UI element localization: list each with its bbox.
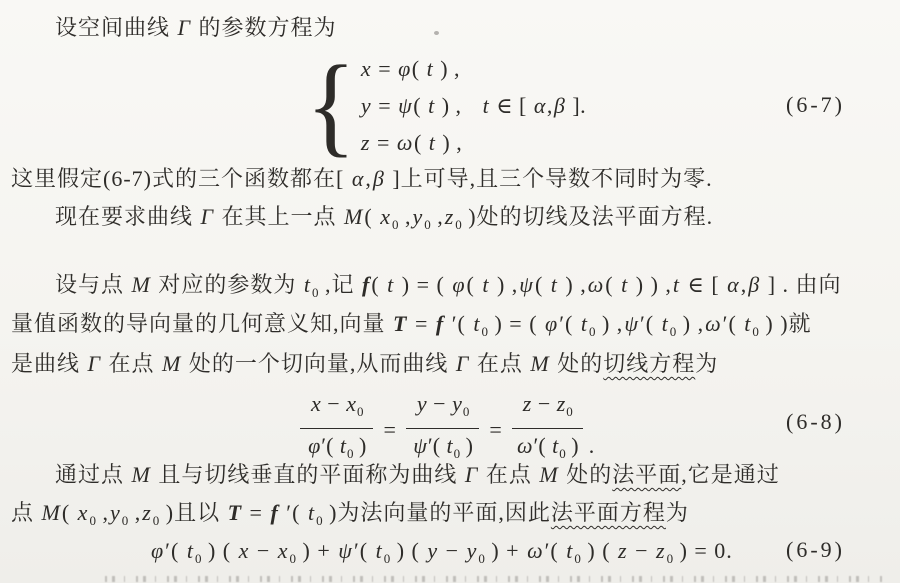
text-segment: ′( — [354, 538, 375, 563]
text-segment: ′( — [428, 433, 446, 458]
text-segment: α — [351, 166, 366, 191]
text-segment: x — [310, 391, 322, 416]
text-segment: 设空间曲线 — [55, 15, 177, 40]
normal-plane-equation-6-9: φ′( t0 ) ( x − x0 ) + ψ′( t0 ) ( y − y0 … — [150, 536, 733, 574]
text-segment: ) , — [676, 311, 704, 336]
textbook-page: 设空间曲线 Γ 的参数方程为 { x = φ( t ) , y = ψ( t )… — [0, 0, 900, 583]
text-segment: f — [269, 500, 279, 525]
text-segment: , — [431, 204, 444, 229]
text-segment: , — [365, 166, 372, 191]
text-segment: ) + — [296, 538, 337, 563]
text-segment: y — [426, 538, 439, 563]
numerator: x − x0 — [300, 391, 373, 429]
text-segment: − — [322, 391, 345, 416]
text-segment: ′( — [534, 433, 552, 458]
text-segment: − — [532, 391, 555, 416]
text-segment: 对应的参数为 — [152, 272, 303, 297]
text-segment: ] . 由向 — [761, 272, 841, 297]
text-segment: ( — [364, 204, 379, 229]
text-segment: Γ — [87, 351, 103, 376]
text-segment: , — [96, 500, 109, 525]
text-segment: β — [747, 272, 761, 297]
text-segment: t — [375, 538, 384, 563]
text-segment: φ — [397, 56, 412, 81]
system-row-x: x = φ( t ) , — [360, 50, 586, 87]
derivation-line-2: 量值函数的导向量的几何意义知,向量 T = f ′( t0 ) = ( φ′( … — [11, 309, 812, 347]
text-segment: t — [482, 93, 491, 118]
text-segment: ) , — [490, 272, 518, 297]
parameter-domain: t ∈ [ α,β ]. — [482, 93, 587, 118]
text-segment: , — [547, 93, 553, 118]
text-segment: t — [307, 500, 316, 525]
text-segment: M — [343, 204, 364, 229]
text-segment: t — [426, 56, 435, 81]
text-segment: ∈ [ — [490, 93, 533, 118]
equation-system-6-7: { x = φ( t ) , y = ψ( t ) , t ∈ [ α,β ].… — [306, 50, 586, 161]
text-segment: t — [661, 311, 670, 336]
text-segment: 通过点 — [55, 462, 131, 487]
text-segment: 处的一个切向量,从而曲线 — [182, 351, 455, 376]
text-segment: t — [446, 433, 454, 458]
text-segment: x — [345, 391, 357, 416]
text-segment: y — [411, 204, 424, 229]
text-segment: ) , — [436, 93, 462, 118]
text-segment: z — [360, 130, 371, 155]
text-segment: 为 — [695, 351, 718, 376]
text-segment: ) ( — [581, 538, 617, 563]
text-segment: ′( — [165, 538, 186, 563]
text-segment: Γ — [177, 15, 193, 40]
text-segment: t — [303, 272, 312, 297]
text-segment: z — [617, 538, 629, 563]
fraction-y: y − y0 ψ′( t0 ) — [406, 391, 479, 468]
text-segment: ′( — [723, 311, 744, 336]
text-segment: M — [161, 351, 182, 376]
text-segment: y — [360, 93, 372, 118]
tangent-line-equation-6-8: x − x0 φ′( t0 ) = y − y0 ψ′( t0 ) = z − … — [295, 391, 594, 468]
normal-plane-line-1: 通过点 M 且与切线垂直的平面称为曲线 Γ 在点 M 处的法平面,它是通过 — [55, 460, 780, 490]
text-segment: z — [141, 500, 153, 525]
text-segment: ψ — [337, 538, 354, 563]
text-segment: 这里假定(6-7)式的三个函数都在[ — [11, 166, 351, 191]
text-segment: ω — [526, 538, 545, 563]
text-segment: ) , — [434, 56, 460, 81]
text-segment: ω — [587, 272, 606, 297]
text-segment: − — [428, 391, 451, 416]
text-segment: ) )就 — [759, 311, 812, 336]
text-segment: )且以 — [159, 500, 226, 525]
text-segment: φ — [150, 538, 165, 563]
text-segment: 设与点 — [55, 272, 131, 297]
text-segment: T — [392, 311, 408, 336]
text-segment: y — [466, 538, 479, 563]
text-segment: ∈ [ — [681, 272, 726, 297]
text-segment: t — [427, 93, 436, 118]
text-segment: ) , — [436, 130, 462, 155]
text-segment: Γ — [200, 204, 216, 229]
text-segment: φ — [544, 311, 559, 336]
equation-number-6-7: (6-7) — [786, 92, 845, 118]
text-segment: = — [243, 500, 269, 525]
text-segment: t — [580, 311, 589, 336]
text-segment: ′( — [559, 311, 580, 336]
text-segment: ( — [467, 272, 482, 297]
problem-statement-line: 现在要求曲线 Γ 在其上一点 M( x0 ,y0 ,z0 )处的切线及法平面方程… — [55, 202, 713, 240]
text-segment: ω — [396, 130, 414, 155]
text-segment: x — [238, 538, 251, 563]
text-segment: 0 — [463, 404, 470, 419]
text-segment: x — [379, 204, 392, 229]
text-segment: ) = ( — [488, 311, 544, 336]
text-segment: z — [522, 391, 533, 416]
equals-sign: = — [383, 417, 395, 443]
text-segment: φ — [307, 433, 321, 458]
text-segment: 0 — [357, 404, 364, 419]
bottom-cutoff-text — [105, 576, 885, 582]
text-segment: ) + — [485, 538, 526, 563]
text-segment: ( — [414, 130, 428, 155]
text-segment: ψ — [397, 93, 413, 118]
text-segment: f — [435, 311, 445, 336]
text-segment: M — [131, 272, 152, 297]
text-segment: )处的切线及法平面方程. — [462, 204, 713, 229]
text-segment: ψ — [623, 311, 640, 336]
text-segment: 且与切线垂直的平面称为曲线 — [152, 462, 464, 487]
text-segment: 法平面方程 — [551, 500, 666, 525]
text-segment: 量值函数的导向量的几何意义知,向量 — [11, 311, 392, 336]
text-segment: ( — [412, 56, 426, 81]
text-segment: M — [131, 462, 152, 487]
text-segment: , — [128, 500, 141, 525]
text-segment: ′( — [445, 311, 472, 336]
row-y-equation: y = ψ( t ) , — [360, 93, 462, 118]
text-segment: − — [629, 538, 655, 563]
text-segment: 在点 — [102, 351, 161, 376]
text-segment: ψ — [518, 272, 535, 297]
text-segment: 在其上一点 — [215, 204, 343, 229]
text-segment: ) ) , — [629, 272, 672, 297]
text-segment: t — [339, 433, 347, 458]
text-segment: t — [565, 538, 574, 563]
text-segment: x — [77, 500, 90, 525]
text-segment: x — [360, 56, 372, 81]
text-segment: ( — [413, 93, 427, 118]
left-brace: { — [306, 51, 356, 159]
text-segment: ) , — [559, 272, 587, 297]
text-segment: M — [538, 462, 559, 487]
system-rows: x = φ( t ) , y = ψ( t ) , t ∈ [ α,β ]. z… — [360, 50, 586, 161]
text-segment: Γ — [464, 462, 480, 487]
text-segment: 0 — [566, 404, 573, 419]
text-segment: x — [277, 538, 290, 563]
text-segment: ) — [460, 433, 473, 458]
text-segment: z — [444, 204, 456, 229]
text-segment: ) = 0. — [673, 538, 733, 563]
text-segment: ) = ( — [395, 272, 451, 297]
text-segment: ]上可导,且三个导数不同时为零. — [386, 166, 713, 191]
system-row-z: z = ω( t ) , — [360, 124, 586, 161]
text-segment: 为 — [666, 500, 689, 525]
text-segment: ′( — [321, 433, 339, 458]
text-segment: 的参数方程为 — [192, 15, 337, 40]
text-segment: M — [529, 351, 550, 376]
text-segment: ′( — [280, 500, 307, 525]
text-segment: t — [672, 272, 681, 297]
text-segment: = — [408, 311, 434, 336]
text-segment: β — [553, 93, 566, 118]
text-segment: ) ( — [390, 538, 426, 563]
text-segment: ′( — [640, 311, 661, 336]
text-segment: 点 — [11, 500, 41, 525]
text-segment: ω — [704, 311, 723, 336]
text-segment: = — [372, 56, 397, 81]
text-segment: ′( — [545, 538, 566, 563]
text-segment: T — [227, 500, 243, 525]
fraction-x: x − x0 φ′( t0 ) — [300, 391, 373, 468]
text-segment: α — [726, 272, 741, 297]
equals-sign: = — [489, 417, 501, 443]
text-segment: − — [250, 538, 276, 563]
text-segment: 是曲线 — [11, 351, 87, 376]
text-segment: ( — [605, 272, 620, 297]
text-segment: = — [371, 130, 396, 155]
text-segment: ,记 — [318, 272, 361, 297]
text-segment: ,它是通过 — [681, 462, 780, 487]
text-segment: Γ — [455, 351, 471, 376]
text-segment: y — [109, 500, 122, 525]
text-segment: )为法向量的平面,因此 — [323, 500, 551, 525]
text-segment: ψ — [412, 433, 428, 458]
text-segment: 处的 — [551, 351, 604, 376]
text-segment: z — [655, 538, 667, 563]
text-segment: , — [398, 204, 411, 229]
scan-speck — [434, 31, 439, 35]
text-segment: ) — [566, 433, 579, 458]
text-segment: y — [451, 391, 463, 416]
text-segment: α — [533, 93, 547, 118]
text-segment: z — [556, 391, 567, 416]
fraction-z: z − z0 ω′( t0 ) — [512, 391, 583, 468]
text-segment: 在点 — [470, 351, 529, 376]
text-segment: 法平面 — [612, 462, 681, 487]
intro-line: 设空间曲线 Γ 的参数方程为 — [55, 13, 337, 43]
derivation-line-3: 是曲线 Γ 在点 M 处的一个切向量,从而曲线 Γ 在点 M 处的切线方程为 — [11, 349, 718, 379]
text-segment: 在点 — [479, 462, 538, 487]
text-segment: t — [386, 272, 395, 297]
text-segment: ]. — [566, 93, 586, 118]
equation-number-6-8: (6-8) — [786, 409, 845, 435]
numerator: z − z0 — [512, 391, 583, 429]
text-segment: t — [186, 538, 195, 563]
text-segment: y — [416, 391, 428, 416]
text-segment: M — [41, 500, 62, 525]
equation-number-6-9: (6-9) — [786, 537, 845, 563]
assumption-line: 这里假定(6-7)式的三个函数都在[ α,β ]上可导,且三个导数不同时为零. — [11, 164, 713, 194]
text-segment: f — [361, 272, 371, 297]
sentence-period: . — [589, 433, 595, 459]
text-segment: ) , — [595, 311, 623, 336]
text-segment: ω — [516, 433, 534, 458]
text-segment: β — [372, 166, 386, 191]
text-segment: t — [620, 272, 629, 297]
derivation-line-1: 设与点 M 对应的参数为 t0 ,记 f( t ) = ( φ( t ) ,ψ(… — [55, 270, 842, 308]
text-segment: φ — [451, 272, 466, 297]
text-segment: ) — [354, 433, 367, 458]
text-segment: 切线方程 — [603, 351, 695, 376]
text-segment: 处的 — [560, 462, 613, 487]
text-segment: − — [439, 538, 465, 563]
text-segment: 现在要求曲线 — [55, 204, 200, 229]
text-segment: ) ( — [201, 538, 237, 563]
text-segment: ( — [535, 272, 550, 297]
system-row-y: y = ψ( t ) , t ∈ [ α,β ]. — [360, 87, 586, 124]
text-segment: ( — [62, 500, 77, 525]
text-segment: ( — [371, 272, 386, 297]
numerator: y − y0 — [406, 391, 479, 429]
normal-plane-line-2: 点 M( x0 ,y0 ,z0 )且以 T = f ′( t0 )为法向量的平面… — [11, 498, 689, 536]
text-segment: = — [372, 93, 397, 118]
text-segment: t — [550, 272, 559, 297]
